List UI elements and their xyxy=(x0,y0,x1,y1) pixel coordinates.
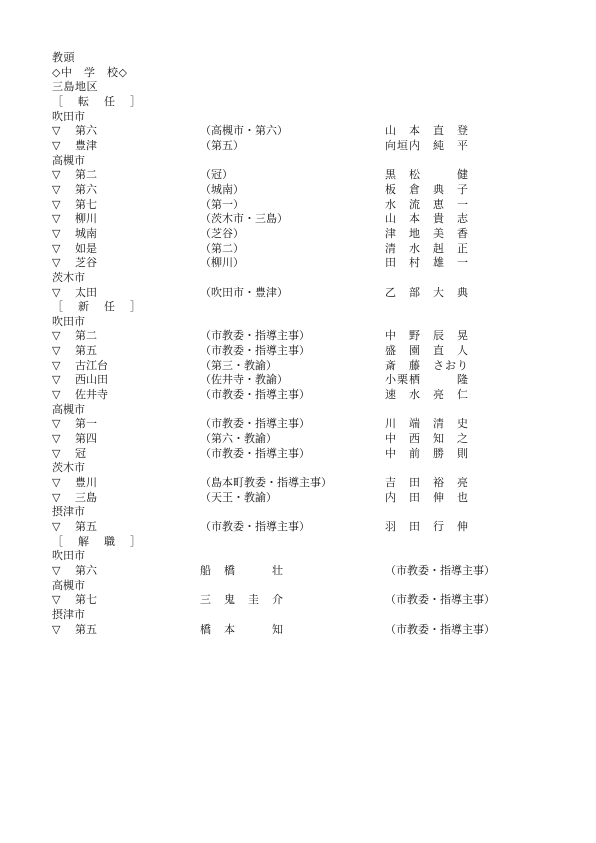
document-line: ［ 転 任 ］ xyxy=(0,95,596,110)
document-line: 吹田市 xyxy=(0,315,596,330)
city-name: 摂津市 xyxy=(52,608,85,623)
document-line: ▽第六船 橋 壮（市教委・指導主事） xyxy=(0,564,596,579)
school-name: 豊津 xyxy=(75,139,97,154)
document-line: 摂津市 xyxy=(0,608,596,623)
person-name: 黒 松 健 xyxy=(385,168,469,183)
school-name: 城南 xyxy=(75,227,97,242)
document-line: 摂津市 xyxy=(0,505,596,520)
document-line: ◇中 学 校◇ xyxy=(0,66,596,81)
origin-school: （島本町教委・指導主事） xyxy=(200,476,332,491)
person-name: 三 鬼 圭 介 xyxy=(200,593,284,608)
city-name: 高槻市 xyxy=(52,154,85,169)
school-name: 芝谷 xyxy=(75,256,97,271)
origin-school: （高槻市・第六） xyxy=(200,124,288,139)
origin-school: （市教委・指導主事） xyxy=(200,344,310,359)
entry-marker: ▽ xyxy=(52,183,60,198)
school-name: 第二 xyxy=(75,168,97,183)
person-name: 津 地 美 香 xyxy=(385,227,469,242)
person-name: 板 倉 典 子 xyxy=(385,183,469,198)
person-name: 斎 藤 さおり xyxy=(385,359,469,374)
origin-school: （城南） xyxy=(200,183,244,198)
header-line: ◇中 学 校◇ xyxy=(52,66,127,81)
school-name: 第四 xyxy=(75,432,97,447)
document-line: ▽柳川（茨木市・三島）山 本 貴 志 xyxy=(0,212,596,227)
origin-school: （市教委・指導主事） xyxy=(385,564,495,579)
school-name: 古江台 xyxy=(75,359,108,374)
school-name: 第二 xyxy=(75,329,97,344)
city-name: 吹田市 xyxy=(52,110,85,125)
school-name: 冠 xyxy=(75,447,86,462)
school-name: 第七 xyxy=(75,593,97,608)
entry-marker: ▽ xyxy=(52,447,60,462)
document-line: ▽第五橋 本 知（市教委・指導主事） xyxy=(0,623,596,638)
entry-marker: ▽ xyxy=(52,124,60,139)
origin-school: （芝谷） xyxy=(200,227,244,242)
document-line: 教頭 xyxy=(0,51,596,66)
person-name: 速 水 亮 仁 xyxy=(385,388,469,403)
person-name: 中 前 勝 則 xyxy=(385,447,469,462)
entry-marker: ▽ xyxy=(52,329,60,344)
entry-marker: ▽ xyxy=(52,593,60,608)
document-line: 高槻市 xyxy=(0,154,596,169)
document-line: 高槻市 xyxy=(0,579,596,594)
person-name: 山 本 貴 志 xyxy=(385,212,469,227)
entry-marker: ▽ xyxy=(52,491,60,506)
school-name: 太田 xyxy=(75,286,97,301)
document-line: ▽西山田（佐井寺・教諭）小栗栖 隆 xyxy=(0,373,596,388)
person-name: 船 橋 壮 xyxy=(200,564,284,579)
document-line: 茨木市 xyxy=(0,461,596,476)
school-name: 第五 xyxy=(75,344,97,359)
school-name: 豊川 xyxy=(75,476,97,491)
entry-marker: ▽ xyxy=(52,388,60,403)
entry-marker: ▽ xyxy=(52,476,60,491)
school-name: 三島 xyxy=(75,491,97,506)
entry-marker: ▽ xyxy=(52,212,60,227)
document-line: ▽三島（天王・教諭）内 田 伸 也 xyxy=(0,491,596,506)
document-line: 茨木市 xyxy=(0,271,596,286)
document-line: ▽城南（芝谷）津 地 美 香 xyxy=(0,227,596,242)
document-line: 吹田市 xyxy=(0,549,596,564)
entry-marker: ▽ xyxy=(52,139,60,154)
school-name: 第六 xyxy=(75,124,97,139)
school-name: 西山田 xyxy=(75,373,108,388)
section-heading: ［ 新 任 ］ xyxy=(52,300,143,315)
school-name: 第六 xyxy=(75,183,97,198)
school-name: 第七 xyxy=(75,198,97,213)
person-name: 中 野 辰 晃 xyxy=(385,329,469,344)
origin-school: （市教委・指導主事） xyxy=(200,388,310,403)
entry-marker: ▽ xyxy=(52,168,60,183)
entry-marker: ▽ xyxy=(52,432,60,447)
city-name: 吹田市 xyxy=(52,549,85,564)
document-line: ▽芝谷（柳川）田 村 雄 一 xyxy=(0,256,596,271)
document-page: 教頭◇中 学 校◇三島地区［ 転 任 ］吹田市▽第六（高槻市・第六）山 本 直 … xyxy=(0,0,596,843)
city-name: 吹田市 xyxy=(52,315,85,330)
person-name: 清 水 赳 正 xyxy=(385,242,469,257)
header-line: 教頭 xyxy=(52,51,75,66)
origin-school: （市教委・指導主事） xyxy=(200,417,310,432)
entry-marker: ▽ xyxy=(52,198,60,213)
entry-marker: ▽ xyxy=(52,286,60,301)
entry-marker: ▽ xyxy=(52,344,60,359)
origin-school: （茨木市・三島） xyxy=(200,212,288,227)
document-line: ▽太田（吹田市・豊津）乙 部 大 典 xyxy=(0,286,596,301)
person-name: 乙 部 大 典 xyxy=(385,286,469,301)
origin-school: （市教委・指導主事） xyxy=(385,623,495,638)
origin-school: （第六・教諭） xyxy=(200,432,277,447)
entry-marker: ▽ xyxy=(52,417,60,432)
school-name: 第六 xyxy=(75,564,97,579)
entry-marker: ▽ xyxy=(52,256,60,271)
origin-school: （第五） xyxy=(200,139,244,154)
document-line: ▽第五（市教委・指導主事）羽 田 行 伸 xyxy=(0,520,596,535)
origin-school: （佐井寺・教諭） xyxy=(200,373,288,388)
school-name: 柳川 xyxy=(75,212,97,227)
origin-school: （第二） xyxy=(200,242,244,257)
document-line: ▽冠（市教委・指導主事）中 前 勝 則 xyxy=(0,447,596,462)
document-line: ［ 解 職 ］ xyxy=(0,535,596,550)
city-name: 摂津市 xyxy=(52,505,85,520)
person-name: 橋 本 知 xyxy=(200,623,284,638)
school-name: 佐井寺 xyxy=(75,388,108,403)
person-name: 川 端 清 史 xyxy=(385,417,469,432)
origin-school: （市教委・指導主事） xyxy=(385,593,495,608)
document-line: ▽佐井寺（市教委・指導主事）速 水 亮 仁 xyxy=(0,388,596,403)
entry-marker: ▽ xyxy=(52,242,60,257)
school-name: 如是 xyxy=(75,242,97,257)
document-line: ▽第二（市教委・指導主事）中 野 辰 晃 xyxy=(0,329,596,344)
document-lines: 教頭◇中 学 校◇三島地区［ 転 任 ］吹田市▽第六（高槻市・第六）山 本 直 … xyxy=(0,51,596,637)
document-line: ▽第五（市教委・指導主事）盛 園 直 人 xyxy=(0,344,596,359)
city-name: 茨木市 xyxy=(52,461,85,476)
origin-school: （天王・教諭） xyxy=(200,491,277,506)
school-name: 第五 xyxy=(75,623,97,638)
person-name: 小栗栖 隆 xyxy=(385,373,469,388)
document-line: ▽豊津（第五）向垣内 純 平 xyxy=(0,139,596,154)
document-line: ▽第七三 鬼 圭 介（市教委・指導主事） xyxy=(0,593,596,608)
person-name: 内 田 伸 也 xyxy=(385,491,469,506)
document-line: 三島地区 xyxy=(0,80,596,95)
person-name: 田 村 雄 一 xyxy=(385,256,469,271)
city-name: 高槻市 xyxy=(52,579,85,594)
entry-marker: ▽ xyxy=(52,564,60,579)
entry-marker: ▽ xyxy=(52,623,60,638)
school-name: 第五 xyxy=(75,520,97,535)
section-heading: ［ 転 任 ］ xyxy=(52,95,143,110)
person-name: 盛 園 直 人 xyxy=(385,344,469,359)
origin-school: （市教委・指導主事） xyxy=(200,447,310,462)
document-line: ▽第二（冠）黒 松 健 xyxy=(0,168,596,183)
person-name: 羽 田 行 伸 xyxy=(385,520,469,535)
person-name: 水 流 恵 一 xyxy=(385,198,469,213)
origin-school: （冠） xyxy=(200,168,233,183)
person-name: 吉 田 裕 亮 xyxy=(385,476,469,491)
document-line: ［ 新 任 ］ xyxy=(0,300,596,315)
entry-marker: ▽ xyxy=(52,520,60,535)
section-heading: ［ 解 職 ］ xyxy=(52,535,143,550)
document-line: ▽如是（第二）清 水 赳 正 xyxy=(0,242,596,257)
document-line: ▽第六（高槻市・第六）山 本 直 登 xyxy=(0,124,596,139)
document-line: ▽第七（第一）水 流 恵 一 xyxy=(0,198,596,213)
person-name: 山 本 直 登 xyxy=(385,124,469,139)
school-name: 第一 xyxy=(75,417,97,432)
origin-school: （吹田市・豊津） xyxy=(200,286,288,301)
city-name: 高槻市 xyxy=(52,403,85,418)
document-line: ▽第六（城南）板 倉 典 子 xyxy=(0,183,596,198)
entry-marker: ▽ xyxy=(52,359,60,374)
person-name: 向垣内 純 平 xyxy=(385,139,469,154)
entry-marker: ▽ xyxy=(52,373,60,388)
origin-school: （第一） xyxy=(200,198,244,213)
document-line: 高槻市 xyxy=(0,403,596,418)
document-line: ▽第四（第六・教諭）中 西 知 之 xyxy=(0,432,596,447)
origin-school: （柳川） xyxy=(200,256,244,271)
origin-school: （第三・教諭） xyxy=(200,359,277,374)
origin-school: （市教委・指導主事） xyxy=(200,520,310,535)
entry-marker: ▽ xyxy=(52,227,60,242)
origin-school: （市教委・指導主事） xyxy=(200,329,310,344)
document-line: ▽第一（市教委・指導主事）川 端 清 史 xyxy=(0,417,596,432)
city-name: 茨木市 xyxy=(52,271,85,286)
document-line: ▽古江台（第三・教諭）斎 藤 さおり xyxy=(0,359,596,374)
person-name: 中 西 知 之 xyxy=(385,432,469,447)
document-line: 吹田市 xyxy=(0,110,596,125)
document-line: ▽豊川（島本町教委・指導主事）吉 田 裕 亮 xyxy=(0,476,596,491)
header-line: 三島地区 xyxy=(52,80,98,95)
